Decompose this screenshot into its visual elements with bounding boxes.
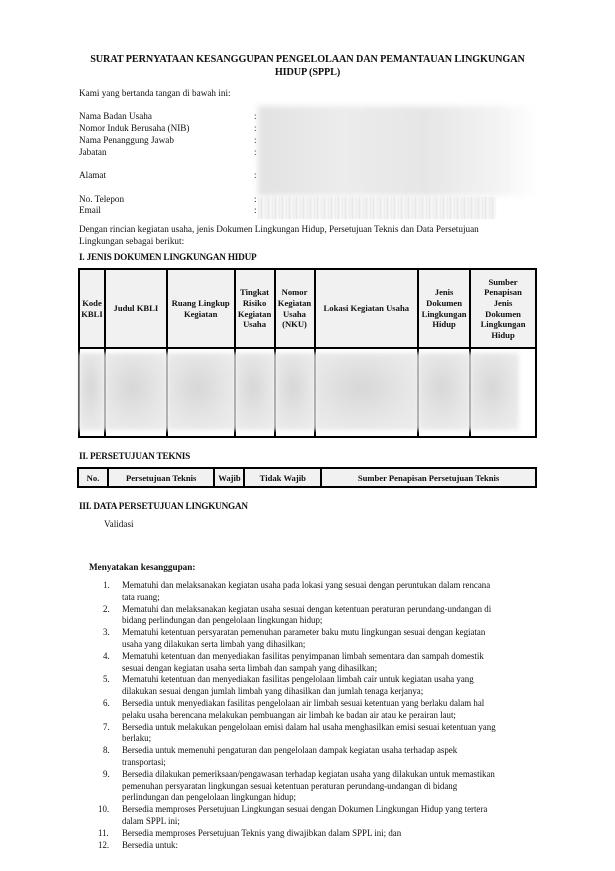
field-label-jabatan: Jabatan xyxy=(79,147,107,157)
statement-item: 9.Bersedia dilakukan pemeriksaan/pengawa… xyxy=(103,769,543,804)
column-header: TingkatRisikoKegiatanUsaha xyxy=(235,269,275,348)
field-colon: : xyxy=(254,111,257,121)
item-text-line: Bersedia dilakukan pemeriksaan/pengawasa… xyxy=(122,769,543,781)
item-text-line: Mematuhi ketentuan dan menyediakan fasil… xyxy=(122,674,543,686)
statement-item: 1.Mematuhi dan melaksanakan kegiatan usa… xyxy=(103,580,543,604)
redacted-identity-values xyxy=(258,106,538,196)
field-label-nama-badan-usaha: Nama Badan Usaha xyxy=(79,111,152,121)
title-line-2: HIDUP (SPPL) xyxy=(60,66,555,79)
field-colon: : xyxy=(254,147,257,157)
column-header: JenisDokumenLingkunganHidup xyxy=(418,269,470,348)
item-number: 9. xyxy=(103,769,119,781)
column-header: Judul KBLI xyxy=(105,269,167,348)
field-label-email: Email xyxy=(79,205,101,215)
environmental-document-table: KodeKBLI Judul KBLI Ruang LingkupKegiata… xyxy=(78,268,537,438)
item-number: 6. xyxy=(103,698,119,710)
statement-item: 7.Bersedia untuk melakukan pengelolaan e… xyxy=(103,722,543,746)
paragraph-line: Dengan rincian kegiatan usaha, jenis Dok… xyxy=(79,223,529,235)
field-colon: : xyxy=(254,194,257,204)
item-number: 12. xyxy=(98,840,114,852)
statement-item: 8.Bersedia untuk memenuhi pengaturan dan… xyxy=(103,745,543,769)
item-text-line: Mematuhi ketentuan dan menyediakan fasil… xyxy=(122,651,543,663)
item-text-line: pemenuhan persyaratan lingkungan sesuai … xyxy=(122,781,543,793)
item-text-line: Mematuhi ketentuan persyaratan pemenuhan… xyxy=(122,627,543,639)
statement-item: 12.Bersedia untuk: xyxy=(103,840,543,852)
item-number: 2. xyxy=(103,604,119,616)
statement-item: 5.Mematuhi ketentuan dan menyediakan fas… xyxy=(103,674,543,698)
item-text-line: sesuai dengan kegiatan usaha serta limba… xyxy=(122,663,543,675)
column-header: SumberPenapisanJenisDokumenLingkunganHid… xyxy=(470,269,536,348)
redacted-cell xyxy=(275,348,315,437)
item-text-line: tata ruang; xyxy=(122,592,543,604)
redacted-cell xyxy=(167,348,235,437)
item-text-line: dalam SPPL ini; xyxy=(122,816,543,828)
field-label-alamat: Alamat xyxy=(79,170,106,180)
column-header-tidak-wajib: Tidak Wajib xyxy=(244,468,321,487)
column-header: Lokasi Kegiatan Usaha xyxy=(315,269,419,348)
item-number: 5. xyxy=(103,674,119,686)
field-colon: : xyxy=(254,170,257,180)
table-header-row: No. Persetujuan Teknis Wajib Tidak Wajib… xyxy=(78,468,536,487)
item-text-line: Bersedia untuk: xyxy=(122,840,543,852)
technical-approval-table: No. Persetujuan Teknis Wajib Tidak Wajib… xyxy=(77,467,537,488)
column-header-wajib: Wajib xyxy=(214,468,244,487)
statement-item: 2.Mematuhi dan melaksanakan kegiatan usa… xyxy=(103,604,543,628)
statement-item: 3.Mematuhi ketentuan persyaratan pemenuh… xyxy=(103,627,543,651)
section-3-heading: III. DATA PERSETUJUAN LINGKUNGAN xyxy=(79,501,248,511)
paragraph-line: Lingkungan sebagai berikut: xyxy=(79,235,529,247)
field-label-penanggung-jawab: Nama Penanggung Jawab xyxy=(79,135,174,145)
section-2-heading: II. PERSETUJUAN TEKNIS xyxy=(79,451,190,461)
item-text-line: Bersedia untuk memenuhi pengaturan dan p… xyxy=(122,745,543,757)
item-text-line: pelaku usaha berencana melakukan pembuan… xyxy=(122,710,543,722)
section-1-heading: I. JENIS DOKUMEN LINGKUNGAN HIDUP xyxy=(79,252,256,262)
statement-heading: Menyatakan kesanggupan: xyxy=(89,562,195,572)
title-line-1: SURAT PERNYATAAN KESANGGUPAN PENGELOLAAN… xyxy=(60,53,555,66)
statement-item: 11.Bersedia memproses Persetujuan Teknis… xyxy=(103,828,543,840)
redacted-cell xyxy=(235,348,275,437)
item-number: 8. xyxy=(103,745,119,757)
statement-item: 4.Mematuhi ketentuan dan menyediakan fas… xyxy=(103,651,543,675)
item-number: 11. xyxy=(98,828,114,840)
field-colon: : xyxy=(254,123,257,133)
item-text-line: Mematuhi dan melaksanakan kegiatan usaha… xyxy=(122,604,543,616)
column-header-persetujuan-teknis: Persetujuan Teknis xyxy=(108,468,215,487)
redacted-cell xyxy=(418,348,470,437)
table-header-row: KodeKBLI Judul KBLI Ruang LingkupKegiata… xyxy=(79,269,536,348)
item-text-line: transportasi; xyxy=(122,757,543,769)
item-number: 4. xyxy=(103,651,119,663)
statement-item: 6.Bersedia untuk menyediakan fasilitas p… xyxy=(103,698,543,722)
redacted-cell xyxy=(470,348,536,437)
table-row xyxy=(79,348,536,437)
item-text-line: Mematuhi dan melaksanakan kegiatan usaha… xyxy=(122,580,543,592)
item-text-line: Bersedia memproses Persetujuan Lingkunga… xyxy=(122,804,543,816)
column-header-no: No. xyxy=(78,468,108,487)
details-paragraph: Dengan rincian kegiatan usaha, jenis Dok… xyxy=(79,223,529,247)
field-colon: : xyxy=(254,135,257,145)
item-text-line: usaha yang dilakukan serta limbah yang d… xyxy=(122,639,543,651)
item-text-line: Bersedia untuk melakukan pengelolaan emi… xyxy=(122,722,543,734)
column-header: NomorKegiatanUsaha(NKU) xyxy=(275,269,315,348)
column-header-sumber-penapisan: Sumber Penapisan Persetujuan Teknis xyxy=(321,468,536,487)
item-text-line: Bersedia memproses Persetujuan Teknis ya… xyxy=(122,828,543,840)
item-text-line: berlaku; xyxy=(122,733,543,745)
statement-item: 10.Bersedia memproses Persetujuan Lingku… xyxy=(103,804,543,828)
item-number: 3. xyxy=(103,627,119,639)
item-text-line: perlindungan dan pengelolaan lingkungan … xyxy=(122,792,543,804)
item-text-line: bidang perlindungan dan pengelolaan ling… xyxy=(122,615,543,627)
field-label-nib: Nomor Induk Berusaha (NIB) xyxy=(79,123,189,133)
document-title: SURAT PERNYATAAN KESANGGUPAN PENGELOLAAN… xyxy=(60,53,555,79)
item-number: 7. xyxy=(103,722,119,734)
intro-text: Kami yang bertanda tangan di bawah ini: xyxy=(79,88,231,98)
redacted-cell xyxy=(79,348,105,437)
statement-list: 1.Mematuhi dan melaksanakan kegiatan usa… xyxy=(103,580,543,851)
field-label-telepon: No. Telepon xyxy=(79,194,124,204)
redacted-cell xyxy=(315,348,419,437)
item-text-line: Bersedia untuk menyediakan fasilitas pen… xyxy=(122,698,543,710)
item-number: 10. xyxy=(98,804,114,816)
redacted-cell xyxy=(105,348,167,437)
column-header: Ruang LingkupKegiatan xyxy=(167,269,235,348)
field-colon: : xyxy=(254,205,257,215)
column-header: KodeKBLI xyxy=(79,269,105,348)
item-number: 1. xyxy=(103,580,119,592)
redacted-contact-values xyxy=(258,197,496,219)
item-text-line: dilakukan sesuai dengan jumlah limbah ya… xyxy=(122,686,543,698)
validasi-label: Validasi xyxy=(104,519,134,529)
